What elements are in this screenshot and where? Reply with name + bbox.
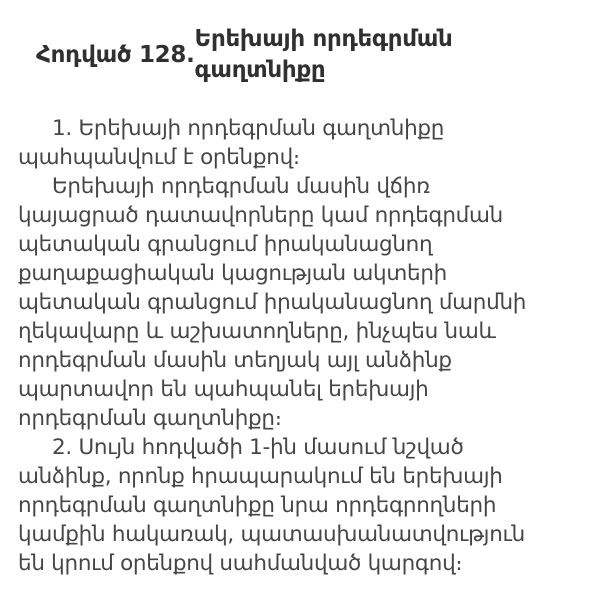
article-text-line: Երեխայի որդեգրման մասին վճիռ <box>18 172 574 201</box>
article-text-line: որդեգրման գաղտնիքը։ <box>18 404 574 433</box>
article-header: Հոդված 128. Երեխայի որդեգրման գաղտնիքը <box>18 24 574 86</box>
article-text-line: քաղաքացիական կացության ակտերի <box>18 259 574 288</box>
article-text-line: պահպանվում է օրենքով։ <box>18 143 574 172</box>
article-text-line: պետական գրանցում իրականացնող մարմնի <box>18 288 574 317</box>
article-text-line: որդեգրման գաղտնիքը նրա որդեգրողների <box>18 491 574 520</box>
article-text-line: են կրում օրենքով սահմանված կարգով։ <box>18 549 574 578</box>
article-text-line: անձինք, որոնք հրապարակում են երեխայի <box>18 462 574 491</box>
article-text-line: կամքին հակառակ, պատասխանատվություն <box>18 520 574 549</box>
article-number: Հոդված 128. <box>36 42 195 68</box>
article-text-line: 2. Սույն հոդվածի 1-ին մասում նշված <box>18 433 574 462</box>
document-page: Հոդված 128. Երեխայի որդեգրման գաղտնիքը 1… <box>0 0 592 600</box>
article-title: Երեխայի որդեգրման գաղտնիքը <box>195 24 500 86</box>
article-text-line: պետական գրանցում իրականացնող <box>18 230 574 259</box>
article-text-line: ղեկավարը և աշխատողները, ինչպես նաև <box>18 317 574 346</box>
article-text-line: որդեգրման մասին տեղյակ այլ անձինք <box>18 346 574 375</box>
article-body: 1. Երեխայի որդեգրման գաղտնիքըպահպանվում … <box>18 114 574 578</box>
article-text-line: 1. Երեխայի որդեգրման գաղտնիքը <box>18 114 574 143</box>
article-text-line: կայացրած դատավորները կամ որդեգրման <box>18 201 574 230</box>
article-text-line: պարտավոր են պահպանել երեխայի <box>18 375 574 404</box>
